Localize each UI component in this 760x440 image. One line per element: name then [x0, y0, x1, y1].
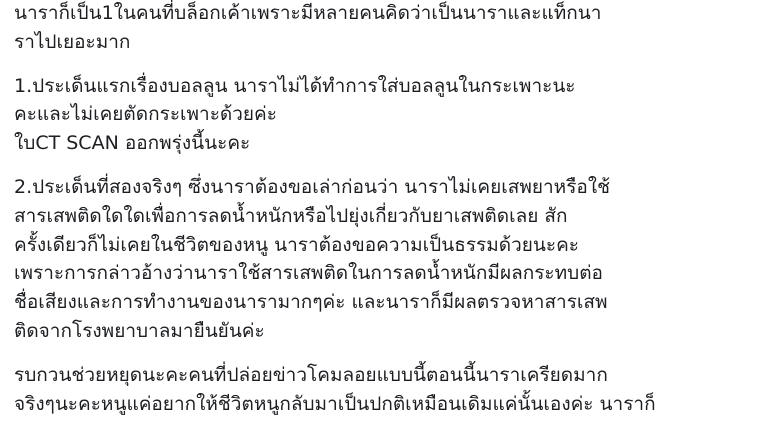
- text-line: ราไปเยอะมาก: [14, 28, 754, 57]
- text-line: ใบCT SCAN ออกพรุ่งนี้นะคะ: [14, 129, 754, 158]
- text-line: นาราก็เป็น1ในคนที่บล็อกเค้าเพราะมีหลายคน…: [14, 0, 754, 28]
- post-text: นาราก็เป็น1ในคนที่บล็อกเค้าเพราะมีหลายคน…: [14, 0, 754, 433]
- text-line: 1.ประเด็นแรกเรื่องบอลลูน นาราไม่ได้ทำการ…: [14, 72, 754, 101]
- paragraph-point-2: 2.ประเด็นที่สองจริงๆ ซึ่งนาราต้องขอเล่าก…: [14, 173, 754, 346]
- text-line: ชื่อเสียงและการทำงานของนารามากๆค่ะ และนา…: [14, 288, 754, 317]
- paragraph-intro: นาราก็เป็น1ในคนที่บล็อกเค้าเพราะมีหลายคน…: [14, 0, 754, 57]
- text-line: คะและไม่เคยตัดกระเพาะด้วยค่ะ: [14, 100, 754, 129]
- paragraph-closing: รบกวนช่วยหยุดนะคะคนที่ปล่อยข่าวโคมลอยแบบ…: [14, 361, 754, 419]
- text-line: 2.ประเด็นที่สองจริงๆ ซึ่งนาราต้องขอเล่าก…: [14, 173, 754, 202]
- text-line: สารเสพติดใดใดเพื่อการลดน้ำหนักหรือไปยุ่ง…: [14, 202, 754, 231]
- text-line: ติดจากโรงพยาบาลมายืนยันค่ะ: [14, 317, 754, 346]
- text-line: ครั้งเดียวก็ไม่เคยในชีวิตของหนู นาราต้อง…: [14, 231, 754, 260]
- text-line: จริงๆนะคะหนูแค่อยากให้ชีวิตหนูกลับมาเป็น…: [14, 390, 754, 419]
- paragraph-point-1: 1.ประเด็นแรกเรื่องบอลลูน นาราไม่ได้ทำการ…: [14, 72, 754, 158]
- text-line: รบกวนช่วยหยุดนะคะคนที่ปล่อยข่าวโคมลอยแบบ…: [14, 361, 754, 390]
- text-line: เพราะการกล่าวอ้างว่านาราใช้สารเสพติดในกา…: [14, 259, 754, 288]
